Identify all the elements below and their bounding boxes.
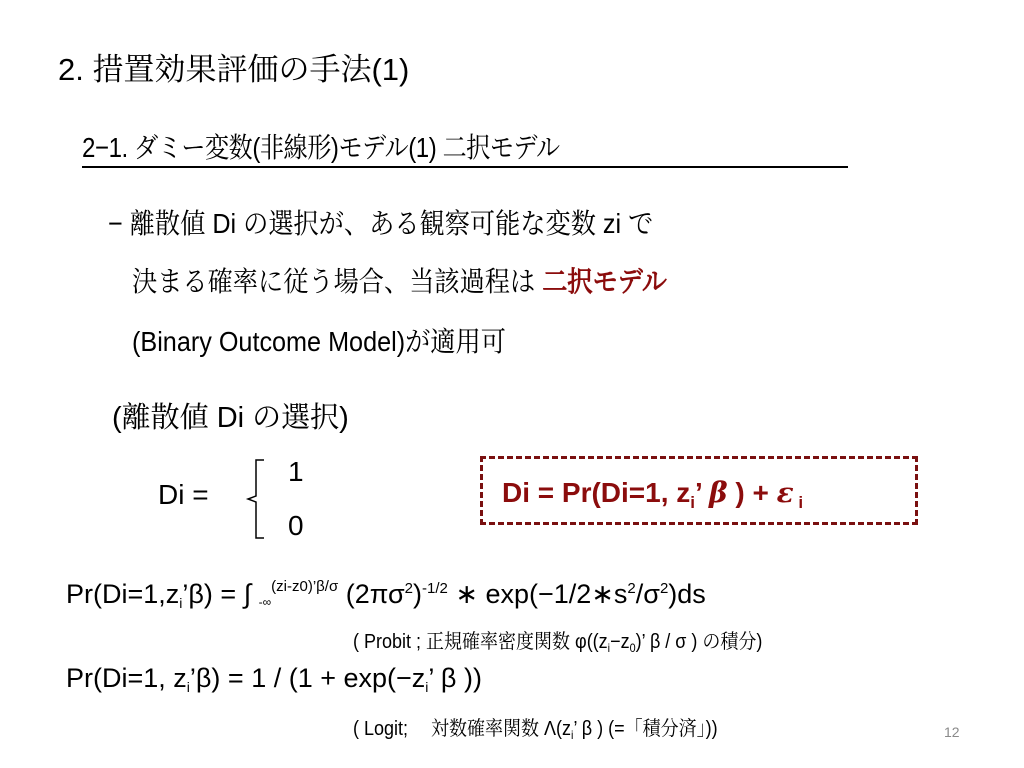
selection-label: (離散値 Di の選択) — [112, 395, 349, 436]
note-part: −z — [610, 631, 630, 653]
note-part: )’ β / σ ) の積分) — [636, 631, 763, 653]
logit-note: ( Logit; 対数確率関数 Λ(zi’ β ) (=「積分済」)) — [353, 712, 718, 742]
di-lhs: Di = — [158, 479, 209, 511]
boxed-formula-part: Di = Pr(Di=1, z — [502, 477, 690, 508]
integral-lower-limit: -∞ — [259, 595, 272, 609]
bullet-line-2: 決まる確率に従う場合、当該過程は 二択モデル — [132, 260, 667, 300]
formula-part: )ds — [668, 579, 706, 609]
formula-part: /σ — [636, 579, 660, 609]
bullet-line-2-text: 決まる確率に従う場合、当該過程は — [132, 266, 542, 297]
probit-note: ( Probit ; 正規確率密度関数 φ((zi−z0)’ β / σ ) の… — [353, 625, 762, 655]
superscript: 2 — [405, 580, 413, 597]
superscript: -1/2 — [422, 580, 448, 597]
formula-part: ’β) = 1 / (1 + exp(−z — [190, 663, 425, 693]
subscript-i: i — [794, 493, 803, 512]
epsilon-symbol: ε — [777, 476, 794, 509]
note-part: ’ β ) (=「積分済」)) — [573, 718, 717, 740]
note-part: ( Probit ; 正規確率密度関数 φ((z — [353, 631, 608, 653]
note-part: ( Logit; 対数確率関数 Λ(z — [353, 718, 571, 740]
boxed-formula: Di = Pr(Di=1, zi’ β ) + ε i — [502, 476, 803, 513]
slide-title: 2. 措置効果評価の手法(1) — [58, 44, 409, 89]
integral-upper-limit: (zi-z0)’β/σ — [271, 578, 338, 595]
prime: ’ — [695, 477, 709, 508]
superscript: 2 — [627, 580, 635, 597]
formula-part: ’β) = ∫ — [182, 579, 258, 609]
bullet-line-1: − 離散値 Di の選択が、ある観察可能な変数 zi で — [108, 202, 653, 242]
formula-part: ∗ exp(−1/2∗s — [448, 579, 628, 609]
formula-part: Pr(Di=1, z — [66, 663, 187, 693]
left-brace-icon — [238, 458, 268, 540]
formula-part: ) — [413, 579, 422, 609]
page-number: 12 — [944, 724, 960, 740]
di-value-one: 1 — [288, 456, 304, 488]
bullet-line-3: (Binary Outcome Model)が適用可 — [132, 320, 506, 360]
subtitle-underline — [82, 166, 848, 168]
beta-symbol: β — [709, 476, 728, 509]
formula-part: ’ β )) — [428, 663, 482, 693]
formula-part: Pr(Di=1,z — [66, 579, 179, 609]
formula-part: (2πσ — [338, 579, 404, 609]
di-value-zero: 0 — [288, 510, 304, 542]
logit-formula: Pr(Di=1, zi’β) = 1 / (1 + exp(−zi’ β )) — [66, 663, 482, 695]
boxed-formula-part: ) + — [728, 477, 777, 508]
binary-model-highlight: 二択モデル — [542, 266, 667, 297]
section-subtitle: 2−1. ダミー変数(非線形)モデル(1) 二択モデル — [82, 126, 560, 166]
probit-formula: Pr(Di=1,zi’β) = ∫ -∞(zi-z0)’β/σ (2πσ2)-1… — [66, 578, 706, 611]
